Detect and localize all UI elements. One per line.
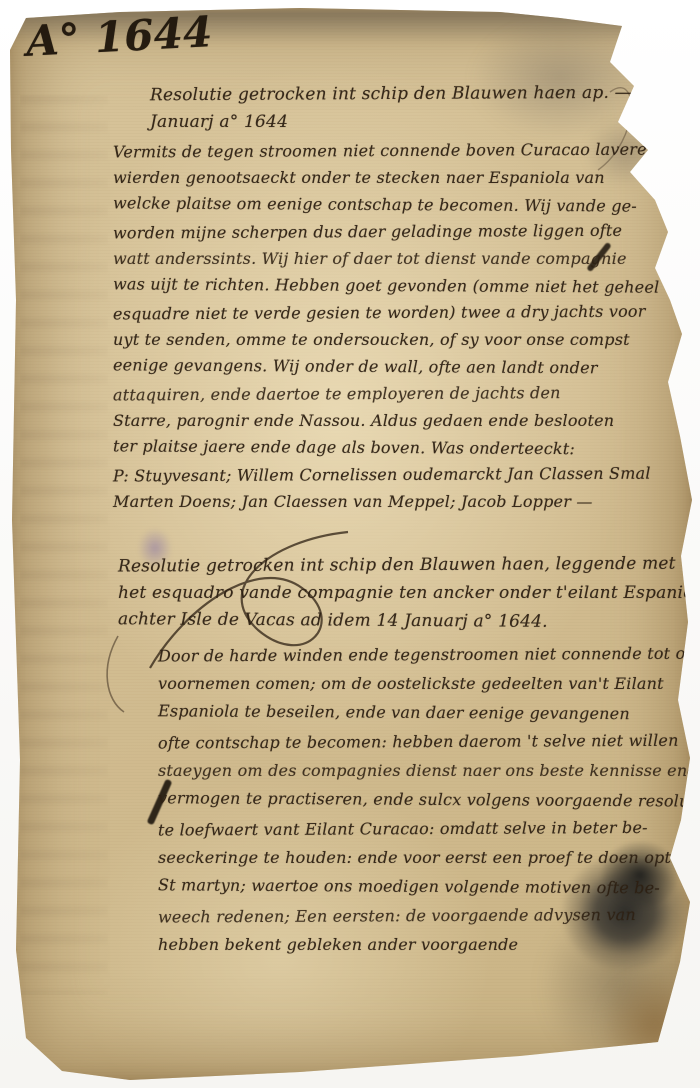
manuscript-line: Resolutie getrocken int schip den Blauwe… [118,549,700,580]
superscript-abbreviation: mo [640,70,657,83]
manuscript-page: A° 1644 Resolutie getrocken int schip de… [0,0,700,1088]
manuscript-line: weech redenen; Een eersten: de voorgaend… [158,900,700,932]
manuscript-line: Januarj a° 1644 [150,108,632,136]
manuscript-line: St martyn; waertoe ons moedigen volgende… [158,870,700,902]
manuscript-line: Vermits de tegen stroomen niet connende … [113,136,660,166]
manuscript-line: welcke plaitse om eenige contschap te be… [113,189,660,219]
manuscript-line: hebben bekent gebleken ander voorgaende [158,930,700,959]
manuscript-line: te loefwaert vant Eilant Curacao: omdatt… [158,813,700,845]
signature-line: Marten Doens; Jan Claessen van Meppel; J… [113,488,659,515]
signature-line: P: Stuyvesant; Willem Cornelissen oudema… [113,460,660,490]
manuscript-line: Door de harde winden ende tegenstroomen … [158,639,700,671]
resolution1-body: Vermits de tegen stroomen niet connende … [113,137,659,515]
manuscript-line: vermogen te practiseren, ende sulcx volg… [158,783,700,815]
document-scan: A° 1644 Resolutie getrocken int schip de… [0,0,700,1088]
manuscript-line: esquadre niet te verde gesien te worden)… [113,298,660,328]
manuscript-line: voornemen comen; om de oostelickste gede… [158,669,700,698]
manuscript-line: watt anderssints. Wij hier of daer tot d… [113,245,659,272]
manuscript-line: ter plaitse jaere ende dage als boven. W… [113,432,660,462]
manuscript-line: worden mijne scherpen dus daer geladinge… [113,217,660,247]
resolution2-body: Door de harde winden ende tegenstroomen … [158,640,700,959]
manuscript-line: attaquiren, ende daertoe te employeren d… [113,379,660,409]
manuscript-line: eenige gevangens. Wij onder de wall, oft… [113,351,660,381]
manuscript-line: Starre, parognir ende Nassou. Aldus geda… [113,407,659,434]
manuscript-line: seeckeringe te houden: ende voor eerst e… [158,843,700,872]
manuscript-line: ofte contschap te becomen: hebben daerom… [158,726,700,758]
manuscript-line: was uijt te richten. Hebben goet gevonde… [113,270,660,300]
manuscript-line: Resolutie getrocken int schip den Blauwe… [150,79,632,110]
resolution2-heading: Resolutie getrocken int schip den Blauwe… [118,551,700,635]
manuscript-line: het esquadro vande compagnie ten ancker … [118,579,700,607]
manuscript-line: Espaniola te beseilen, ende van daer een… [158,696,700,728]
resolution1-heading: Resolutie getrocken int schip den Blauwe… [150,80,632,136]
manuscript-line: wierden genootsaeckt onder te stecken na… [113,164,659,191]
manuscript-line: uyt te senden, omme te ondersoucken, of … [113,326,659,353]
year-annotation: A° 1644 [25,7,214,66]
manuscript-line: achter Isle de Vacas ad idem 14 Januarj … [118,605,700,637]
manuscript-line: staeygen om des compagnies dienst naer o… [158,756,700,785]
